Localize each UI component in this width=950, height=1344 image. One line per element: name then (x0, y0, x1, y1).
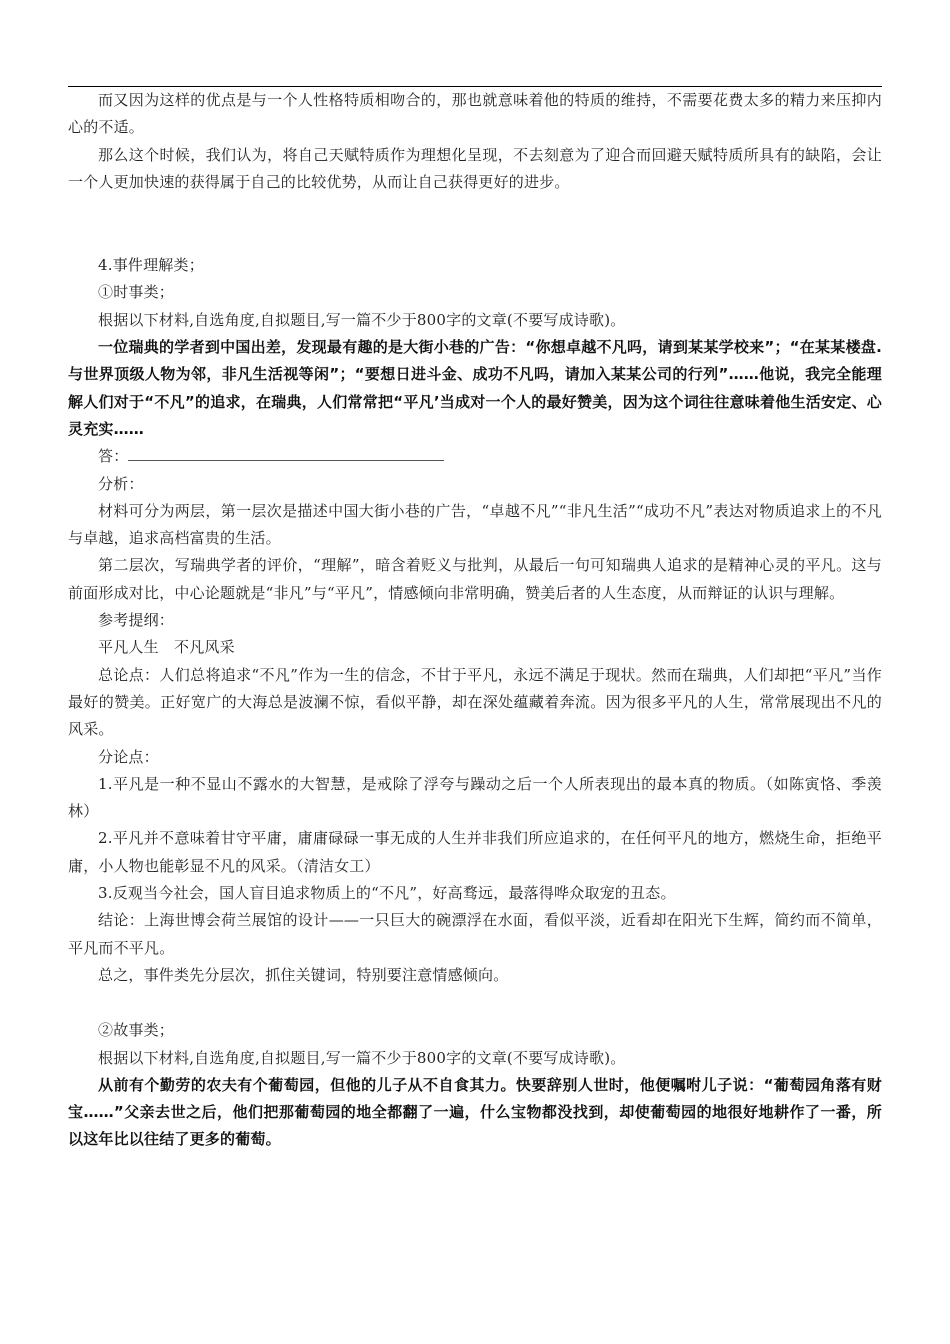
subsection-heading: ②故事类； (68, 1017, 882, 1044)
outline-title: 平凡人生 不凡风采 (68, 634, 882, 661)
analysis-label: 分析： (68, 471, 882, 498)
material-text: 从前有个勤劳的农夫有个葡萄园，但他的儿子从不自食其力。快要辞别人世时，他便嘱咐儿… (68, 1072, 882, 1154)
spacer (68, 196, 882, 252)
subsection-heading: ①时事类； (68, 279, 882, 306)
answer-label: 答： (98, 447, 128, 465)
main-point: 总论点：人们总将追求“不凡”作为一生的信念，不甘于平凡，永远不满足于现状。然而在… (68, 662, 882, 744)
sub-point: 2.平凡并不意味着甘守平庸，庸庸碌碌一事无成的人生并非我们所应追求的，在任何平凡… (68, 825, 882, 880)
spacer (68, 989, 882, 1017)
sub-point: 1.平凡是一种不显山不露水的大智慧，是戒除了浮夸与躁动之后一个人所表现出的最本真… (68, 771, 882, 826)
answer-blank (128, 448, 444, 461)
document-page: 而又因为这样的优点是与一个人性格特质相吻合的，那也就意味着他的特质的维持，不需要… (68, 86, 882, 1154)
outline-label: 参考提纲： (68, 607, 882, 634)
material-text: 一位瑞典的学者到中国出差，发现最有趣的是大街小巷的广告：“你想卓越不凡吗，请到某… (68, 334, 882, 443)
conclusion: 结论：上海世博会荷兰展馆的设计——一只巨大的碗漂浮在水面，看似平淡，近看却在阳光… (68, 907, 882, 962)
essay-prompt: 根据以下材料,自选角度,自拟题目,写一篇不少于800字的文章(不要写成诗歌)。 (68, 1045, 882, 1072)
summary: 总之，事件类先分层次，抓住关键词，特别要注意情感倾向。 (68, 962, 882, 989)
intro-paragraph: 那么这个时候，我们认为，将自己天赋特质作为理想化呈现，不去刻意为了迎合而回避天赋… (68, 142, 882, 197)
analysis-paragraph: 第二层次，写瑞典学者的评价，“理解”，暗含着贬义与批判，从最后一句可知瑞典人追求… (68, 552, 882, 607)
intro-paragraph: 而又因为这样的优点是与一个人性格特质相吻合的，那也就意味着他的特质的维持，不需要… (68, 87, 882, 142)
essay-prompt: 根据以下材料,自选角度,自拟题目,写一篇不少于800字的文章(不要写成诗歌)。 (68, 307, 882, 334)
sub-point: 3.反观当今社会，国人盲目追求物质上的“不凡”，好高骛远，最落得哗众取宠的丑态。 (68, 880, 882, 907)
sub-points-label: 分论点： (68, 744, 882, 771)
answer-line: 答： (68, 443, 882, 470)
analysis-paragraph: 材料可分为两层，第一层次是描述中国大街小巷的广告，“卓越不凡”“非凡生活”“成功… (68, 498, 882, 553)
section-heading: 4.事件理解类； (68, 252, 882, 279)
